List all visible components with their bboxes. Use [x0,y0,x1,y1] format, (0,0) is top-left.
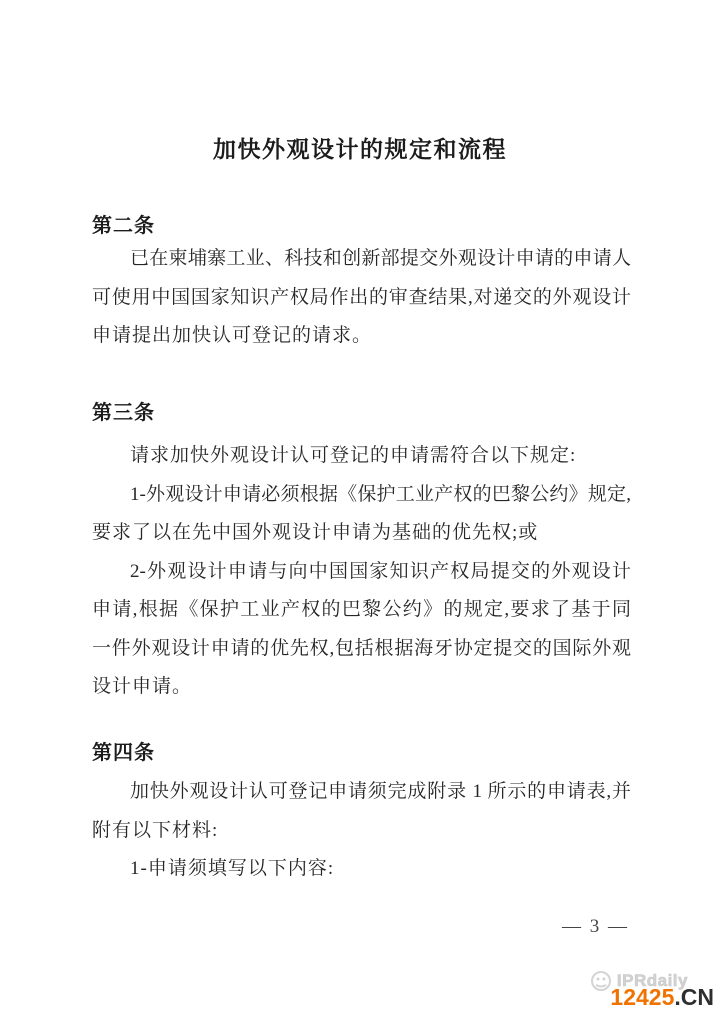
body-line: 2-外观设计申请与向中国国家知识产权局提交的外观设计 [92,553,631,592]
body-line: 一件外观设计申请的优先权,包括根据海牙协定提交的国际外观 [92,630,631,669]
body-line: 附有以下材料: [92,812,631,851]
body-line: 申请,根据《保护工业产权的巴黎公约》的规定,要求了基于同 [92,591,631,630]
article-4-paragraph: 加快外观设计认可登记申请须完成附录 1 所示的申请表,并 附有以下材料: 1-申… [92,773,631,889]
body-line: 可使用中国国家知识产权局作出的审查结果,对递交的外观设计 [92,279,631,318]
watermark-suffix: .CN [674,984,714,1010]
scanned-document-page: { "document": { "title": "加快外观设计的规定和流程",… [0,0,720,1018]
body-line: 1-申请须填写以下内容: [92,850,631,889]
watermark-brand: 12425.CN [610,984,714,1011]
watermark-number: 12425 [610,984,674,1010]
body-line: 已在柬埔寨工业、科技和创新部提交外观设计申请的申请人 [92,240,631,279]
body-line: 要求了以在先中国外观设计申请为基础的优先权;或 [92,514,631,553]
page-title: 加快外观设计的规定和流程 [0,131,720,164]
body-line: 申请提出加快认可登记的请求。 [92,317,631,356]
section-heading-article-2: 第二条 [92,209,631,238]
page-number: — 3 — [92,916,629,938]
article-3-paragraph: 请求加快外观设计认可登记的申请需符合以下规定: 1-外观设计申请必须根据《保护工… [92,437,631,707]
body-line: 加快外观设计认可登记申请须完成附录 1 所示的申请表,并 [92,773,631,812]
section-heading-article-4: 第四条 [92,736,631,765]
article-2-paragraph: 已在柬埔寨工业、科技和创新部提交外观设计申请的申请人 可使用中国国家知识产权局作… [92,240,631,356]
section-heading-article-3: 第三条 [92,396,631,425]
watermark: IPRdaily 12425.CN [576,962,716,1014]
body-line: 请求加快外观设计认可登记的申请需符合以下规定: [92,437,631,476]
body-line: 设计申请。 [92,668,631,707]
body-line: 1-外观设计申请必须根据《保护工业产权的巴黎公约》规定, [92,476,631,515]
